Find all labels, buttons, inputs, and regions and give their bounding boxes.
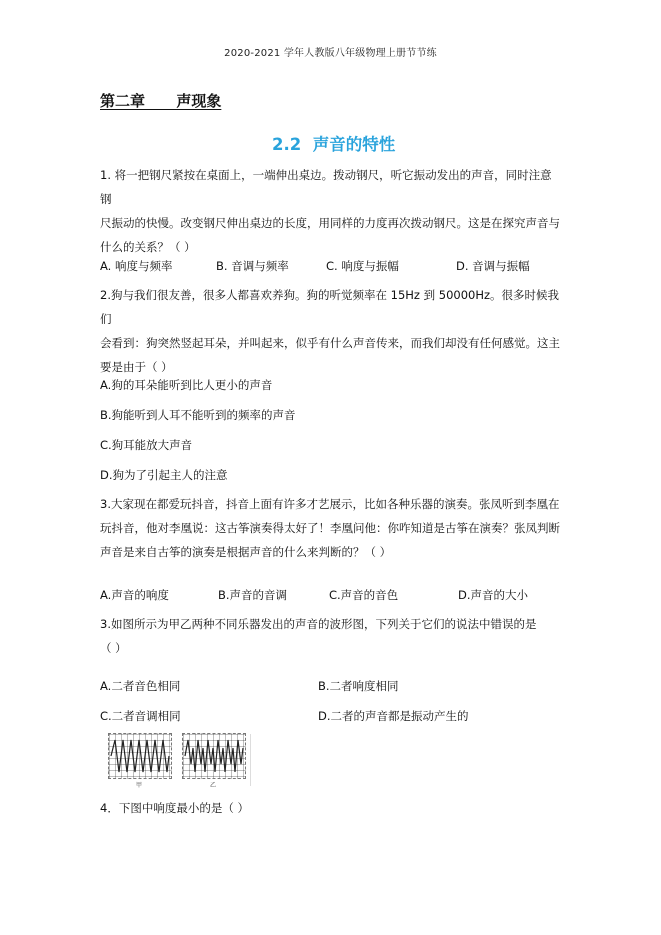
chapter-title: 第二章 声现象 (100, 90, 221, 111)
question-5-line-1: 4．下图中响度最小的是（ ） (100, 796, 562, 820)
page-header: 2020-2021 学年人教版八年级物理上册节节练 (0, 44, 661, 59)
question-4-option-c: C.二者音调相同 (100, 708, 181, 724)
question-3-line-1: 3.大家现在都爱玩抖音，抖音上面有许多才艺展示，比如各种乐器的演奏。张凤听到李凰… (100, 492, 562, 516)
question-2-stem: 2.狗与我们很友善，很多人都喜欢养狗。狗的听觉频率在 15Hz 到 50000H… (100, 283, 562, 379)
question-4-options-row-2: C.二者音调相同 D.二者的声音都是振动产生的 (100, 708, 562, 728)
question-1-line-1: 1. 将一把钢尺紧按在桌面上，一端伸出桌边。拨动钢尺，听它振动发出的声音，同时注… (100, 163, 562, 211)
question-3-options: A.声音的响度 B.声音的音调 C.声音的音色 D.声音的大小 (100, 587, 562, 607)
question-3-option-c: C.声音的音色 (329, 587, 398, 603)
question-4-option-b: B.二者响度相同 (318, 678, 399, 694)
question-3-line-2: 玩抖音，他对李凰说：这古筝演奏得太好了！李凰问他：你咋知道是古筝在演奏？张凤判断 (100, 516, 562, 540)
question-4-options-row-1: A.二者音色相同 B.二者响度相同 (100, 678, 562, 698)
waveform-jia (108, 733, 172, 779)
question-2-option-b: B.狗能听到人耳不能听到的频率的声音 (100, 407, 296, 423)
question-4-stem: 3.如图所示为甲乙两种不同乐器发出的声音的波形图，下列关于它们的说法中错误的是 … (100, 612, 562, 660)
question-5-stem: 4．下图中响度最小的是（ ） (100, 796, 562, 820)
question-4-option-a: A.二者音色相同 (100, 678, 180, 694)
question-2-line-2: 会看到：狗突然竖起耳朵，并叫起来，似乎有什么声音传来，而我们却没有任何感觉。这主 (100, 331, 562, 355)
question-1-option-d: D. 音调与振幅 (456, 258, 530, 274)
question-3-stem: 3.大家现在都爱玩抖音，抖音上面有许多才艺展示，比如各种乐器的演奏。张凤听到李凰… (100, 492, 562, 564)
question-1-option-b: B. 音调与频率 (216, 258, 289, 274)
question-1-line-2: 尺振动的快慢。改变钢尺伸出桌边的长度，用同样的力度再次拨动钢尺。这是在探究声音与 (100, 211, 562, 235)
question-3-option-b: B.声音的音调 (218, 587, 287, 603)
question-3-option-a: A.声音的响度 (100, 587, 169, 603)
question-1-stem: 1. 将一把钢尺紧按在桌面上，一端伸出桌边。拨动钢尺，听它振动发出的声音，同时注… (100, 163, 562, 259)
question-1-options: A. 响度与频率 B. 音调与频率 C. 响度与振幅 D. 音调与振幅 (100, 258, 562, 278)
figure-divider (250, 734, 251, 786)
question-1-option-a: A. 响度与频率 (100, 258, 172, 274)
waveform-label-yi: 乙 (182, 780, 244, 789)
question-1-option-c: C. 响度与振幅 (326, 258, 399, 274)
question-2-option-a: A.狗的耳朵能听到比人更小的声音 (100, 377, 272, 393)
question-4-option-d: D.二者的声音都是振动产生的 (318, 708, 469, 724)
waveform-label-jia: 甲 (108, 780, 170, 789)
section-title: 2.2 声音的特性 (272, 131, 395, 155)
question-4-line-2: （ ） (100, 636, 562, 660)
waveform-yi (182, 733, 246, 779)
question-2-line-1: 2.狗与我们很友善，很多人都喜欢养狗。狗的听觉频率在 15Hz 到 50000H… (100, 283, 562, 331)
question-1-line-3: 什么的关系？（ ） (100, 235, 562, 259)
question-3-line-3: 声音是来自古筝的演奏是根据声音的什么来判断的？（ ） (100, 540, 562, 564)
question-3-option-d: D.声音的大小 (458, 587, 528, 603)
waveform-figure: 甲 乙 (108, 733, 253, 788)
question-2-option-c: C.狗耳能放大声音 (100, 437, 192, 453)
waveform-jia-graph (109, 734, 171, 778)
question-2-option-d: D.狗为了引起主人的注意 (100, 467, 228, 483)
waveform-yi-graph (183, 734, 245, 778)
question-2-line-3: 要是由于（ ） (100, 355, 562, 379)
question-4-line-1: 3.如图所示为甲乙两种不同乐器发出的声音的波形图，下列关于它们的说法中错误的是 (100, 612, 562, 636)
